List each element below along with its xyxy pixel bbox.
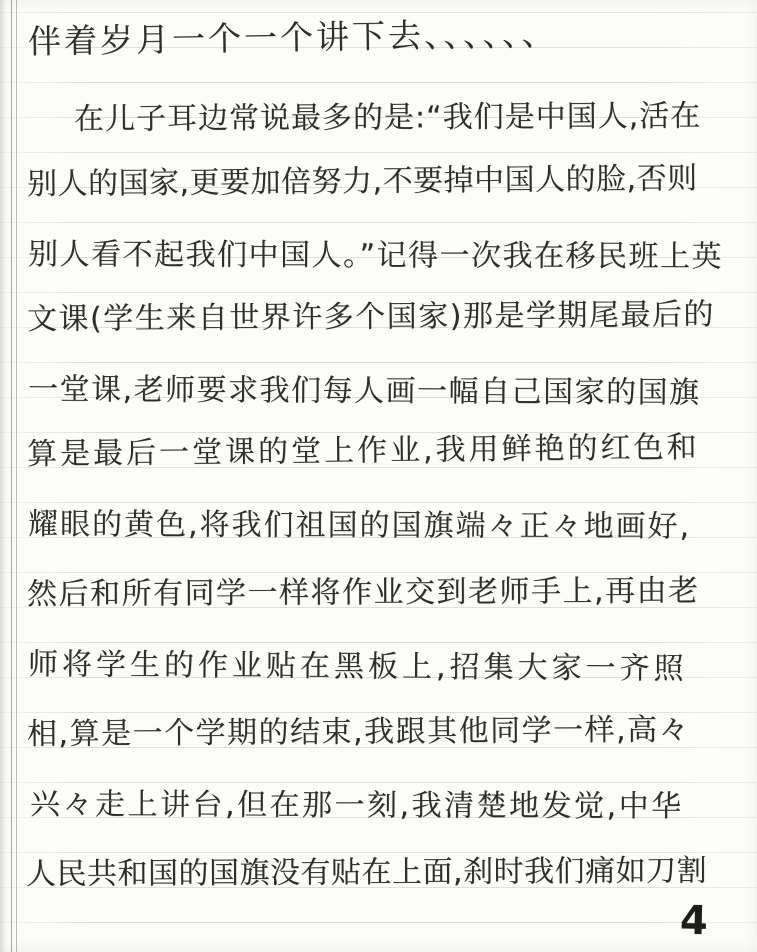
page-number: 4 [680,898,709,944]
manuscript-page: 伴着岁月一个一个讲下去、、、、、、 在儿子耳边常说最多的是:“我们是中国人,活在… [0,0,757,952]
handwritten-line-12: 兴々走上讲台,但在那一刻,我清楚地发觉,中华 [30,777,684,835]
handwritten-line-6: 一堂课,老师要求我们每人画一幅自己国家的国旗 [28,362,701,422]
handwritten-line-4: 别人看不起我们中国人。”记得一次我在移民班上英 [28,227,723,285]
handwritten-line-13: 人民共和国的国旗没有贴在上面,刹时我们痛如刀割 [26,843,707,903]
handwritten-line-3: 别人的国家,更要加倍努力,不要掉中国人的脸,否则 [27,151,698,213]
handwritten-line-9: 然后和所有同学一样将作业交到老师手上,再由老 [27,563,700,623]
handwritten-line-11: 相,算是一个学期的结束,我跟其他同学一样,高々 [27,702,690,763]
scan-edge-shadow [0,0,6,952]
handwritten-line-5: 文课(学生来自世界许多个国家)那是学期尾最后的 [27,287,715,348]
handwritten-line-2: 在儿子耳边常说最多的是:“我们是中国人,活在 [74,89,701,148]
handwritten-line-8: 耀眼的黄色,将我们祖国的国旗端々正々地画好, [28,497,691,555]
handwritten-line-7: 算是最后一堂课的堂上作业,我用鲜艳的红色和 [27,420,700,483]
handwritten-line-1: 伴着岁月一个一个讲下去、、、、、、 [28,6,558,70]
margin-rule-line [11,0,17,952]
handwritten-line-10: 师将学生的作业贴在黑板上,招集大家一齐照 [28,637,688,698]
